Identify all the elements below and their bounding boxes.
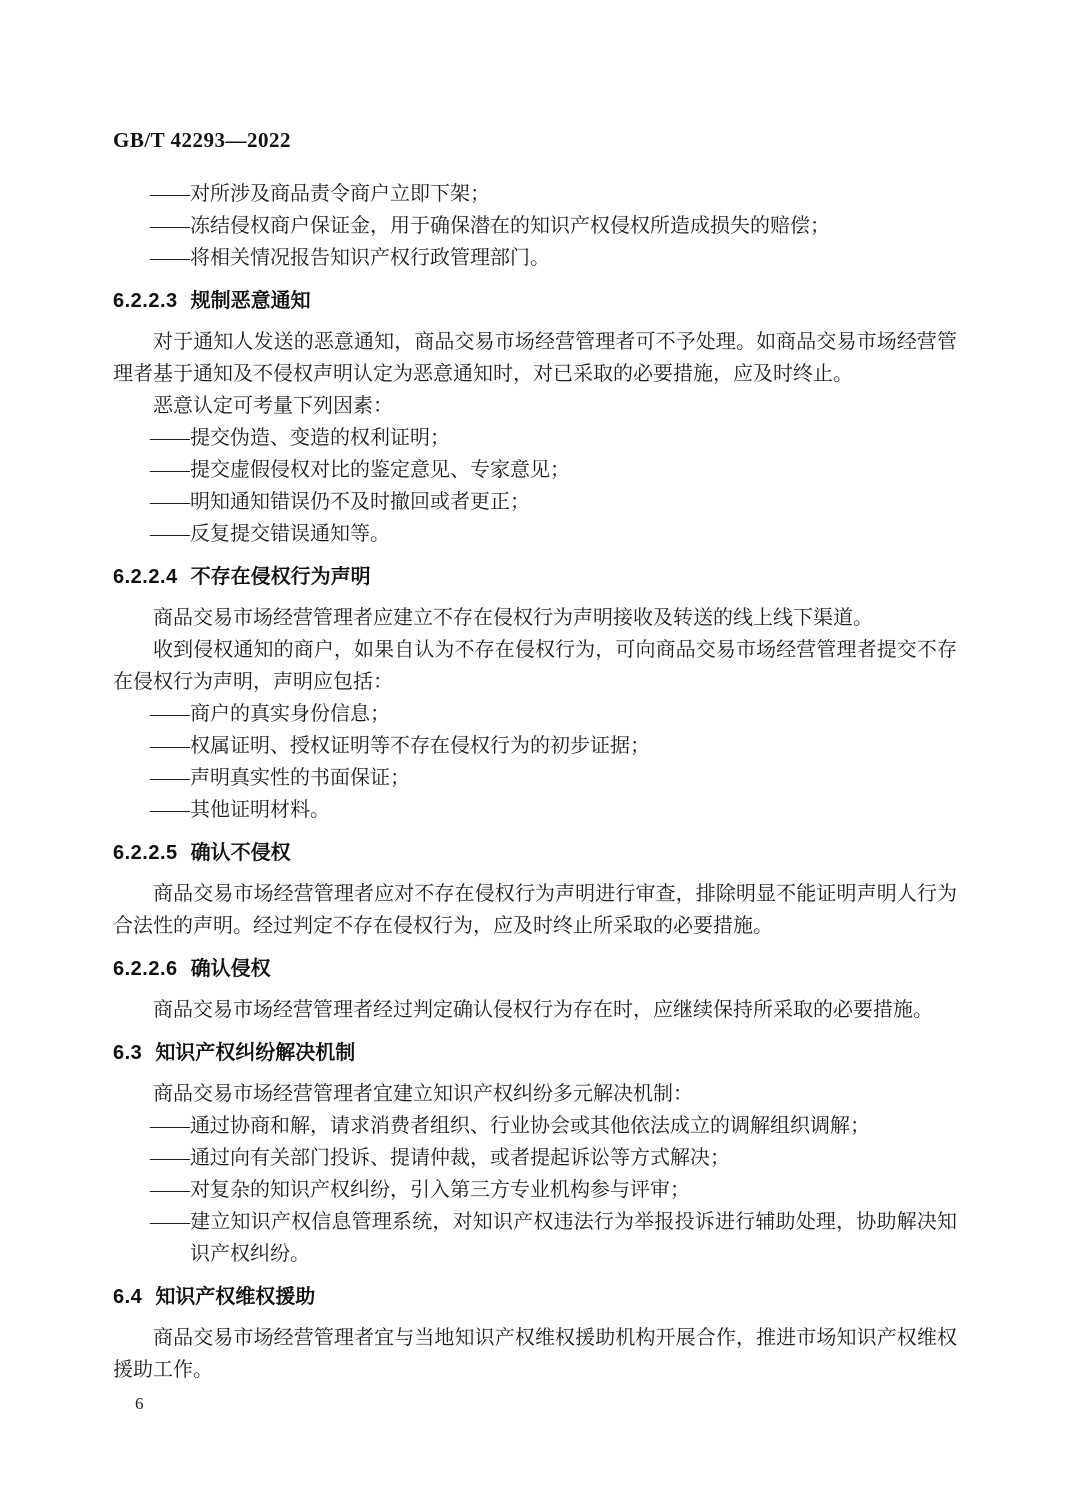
- section-title: 知识产权纠纷解决机制: [155, 1042, 355, 1064]
- section-heading: 6.2.2.6确认侵权: [113, 953, 957, 985]
- section-heading: 6.2.2.3规制恶意通知: [113, 285, 957, 317]
- section-number: 6.3: [113, 1037, 142, 1069]
- paragraph: 商品交易市场经营管理者宜与当地知识产权维权援助机构开展合作，推进市场知识产权维权…: [113, 1322, 957, 1386]
- section-6-2-2-4: 6.2.2.4不存在侵权行为声明 商品交易市场经营管理者应建立不存在侵权行为声明…: [113, 561, 957, 826]
- dash-list-item: ——通过协商和解，请求消费者组织、行业协会或其他依法成立的调解组织调解；: [113, 1110, 957, 1142]
- dash-list-item: ——冻结侵权商户保证金，用于确保潜在的知识产权侵权所造成损失的赔偿；: [113, 210, 957, 242]
- section-number: 6.2.2.5: [113, 837, 178, 869]
- section-6-3: 6.3知识产权纠纷解决机制 商品交易市场经营管理者宜建立知识产权纠纷多元解决机制…: [113, 1037, 957, 1270]
- paragraph: 商品交易市场经营管理者应建立不存在侵权行为声明接收及转送的线上线下渠道。: [113, 602, 957, 634]
- section-6-2-2-3: 6.2.2.3规制恶意通知 对于通知人发送的恶意通知，商品交易市场经营管理者可不…: [113, 285, 957, 550]
- section-number: 6.2.2.3: [113, 285, 178, 317]
- section-6-4: 6.4知识产权维权援助 商品交易市场经营管理者宜与当地知识产权维权援助机构开展合…: [113, 1281, 957, 1386]
- lead-dash-list: ——对所涉及商品责令商户立即下架； ——冻结侵权商户保证金，用于确保潜在的知识产…: [113, 178, 957, 274]
- section-6-2-2-6: 6.2.2.6确认侵权 商品交易市场经营管理者经过判定确认侵权行为存在时，应继续…: [113, 953, 957, 1026]
- section-number: 6.2.2.4: [113, 561, 178, 593]
- dash-list-item: ——明知通知错误仍不及时撤回或者更正；: [113, 486, 957, 518]
- section-heading: 6.2.2.4不存在侵权行为声明: [113, 561, 957, 593]
- section-title: 不存在侵权行为声明: [191, 566, 371, 588]
- dash-list-item: ——提交伪造、变造的权利证明；: [113, 422, 957, 454]
- paragraph: 商品交易市场经营管理者经过判定确认侵权行为存在时，应继续保持所采取的必要措施。: [113, 994, 957, 1026]
- paragraph: 商品交易市场经营管理者宜建立知识产权纠纷多元解决机制：: [113, 1078, 957, 1110]
- dash-list-item: ——对所涉及商品责令商户立即下架；: [113, 178, 957, 210]
- dash-list-item: ——通过向有关部门投诉、提请仲裁，或者提起诉讼等方式解决；: [113, 1142, 957, 1174]
- dash-list-item: ——提交虚假侵权对比的鉴定意见、专家意见；: [113, 454, 957, 486]
- section-heading: 6.4知识产权维权援助: [113, 1281, 957, 1313]
- section-number: 6.2.2.6: [113, 953, 178, 985]
- dash-list-item: ——对复杂的知识产权纠纷，引入第三方专业机构参与评审；: [113, 1174, 957, 1206]
- section-heading: 6.3知识产权纠纷解决机制: [113, 1037, 957, 1069]
- section-number: 6.4: [113, 1281, 142, 1313]
- dash-list-item: ——权属证明、授权证明等不存在侵权行为的初步证据；: [113, 730, 957, 762]
- document-body: ——对所涉及商品责令商户立即下架； ——冻结侵权商户保证金，用于确保潜在的知识产…: [113, 178, 957, 1416]
- section-6-2-2-5: 6.2.2.5确认不侵权 商品交易市场经营管理者应对不存在侵权行为声明进行审查，…: [113, 837, 957, 942]
- section-title: 确认不侵权: [191, 842, 291, 864]
- paragraph: 商品交易市场经营管理者应对不存在侵权行为声明进行审查，排除明显不能证明声明人行为…: [113, 878, 957, 942]
- document-page: GB/T 42293—2022 ——对所涉及商品责令商户立即下架； ——冻结侵权…: [0, 0, 1070, 1510]
- section-title: 知识产权维权援助: [155, 1286, 315, 1308]
- paragraph: 恶意认定可考量下列因素：: [113, 390, 957, 422]
- paragraph: 收到侵权通知的商户，如果自认为不存在侵权行为，可向商品交易市场经营管理者提交不存…: [113, 634, 957, 698]
- dash-list-item: ——建立知识产权信息管理系统，对知识产权违法行为举报投诉进行辅助处理，协助解决知…: [113, 1206, 957, 1270]
- dash-list-item: ——将相关情况报告知识产权行政管理部门。: [113, 242, 957, 274]
- section-title: 规制恶意通知: [191, 290, 311, 312]
- section-title: 确认侵权: [191, 958, 271, 980]
- dash-list-item: ——商户的真实身份信息；: [113, 698, 957, 730]
- dash-list-item: ——反复提交错误通知等。: [113, 518, 957, 550]
- section-heading: 6.2.2.5确认不侵权: [113, 837, 957, 869]
- dash-list-item: ——声明真实性的书面保证；: [113, 762, 957, 794]
- standard-code-header: GB/T 42293—2022: [113, 128, 957, 152]
- paragraph: 对于通知人发送的恶意通知，商品交易市场经营管理者可不予处理。如商品交易市场经营管…: [113, 326, 957, 390]
- page-number: 6: [113, 1392, 957, 1416]
- dash-list-item: ——其他证明材料。: [113, 794, 957, 826]
